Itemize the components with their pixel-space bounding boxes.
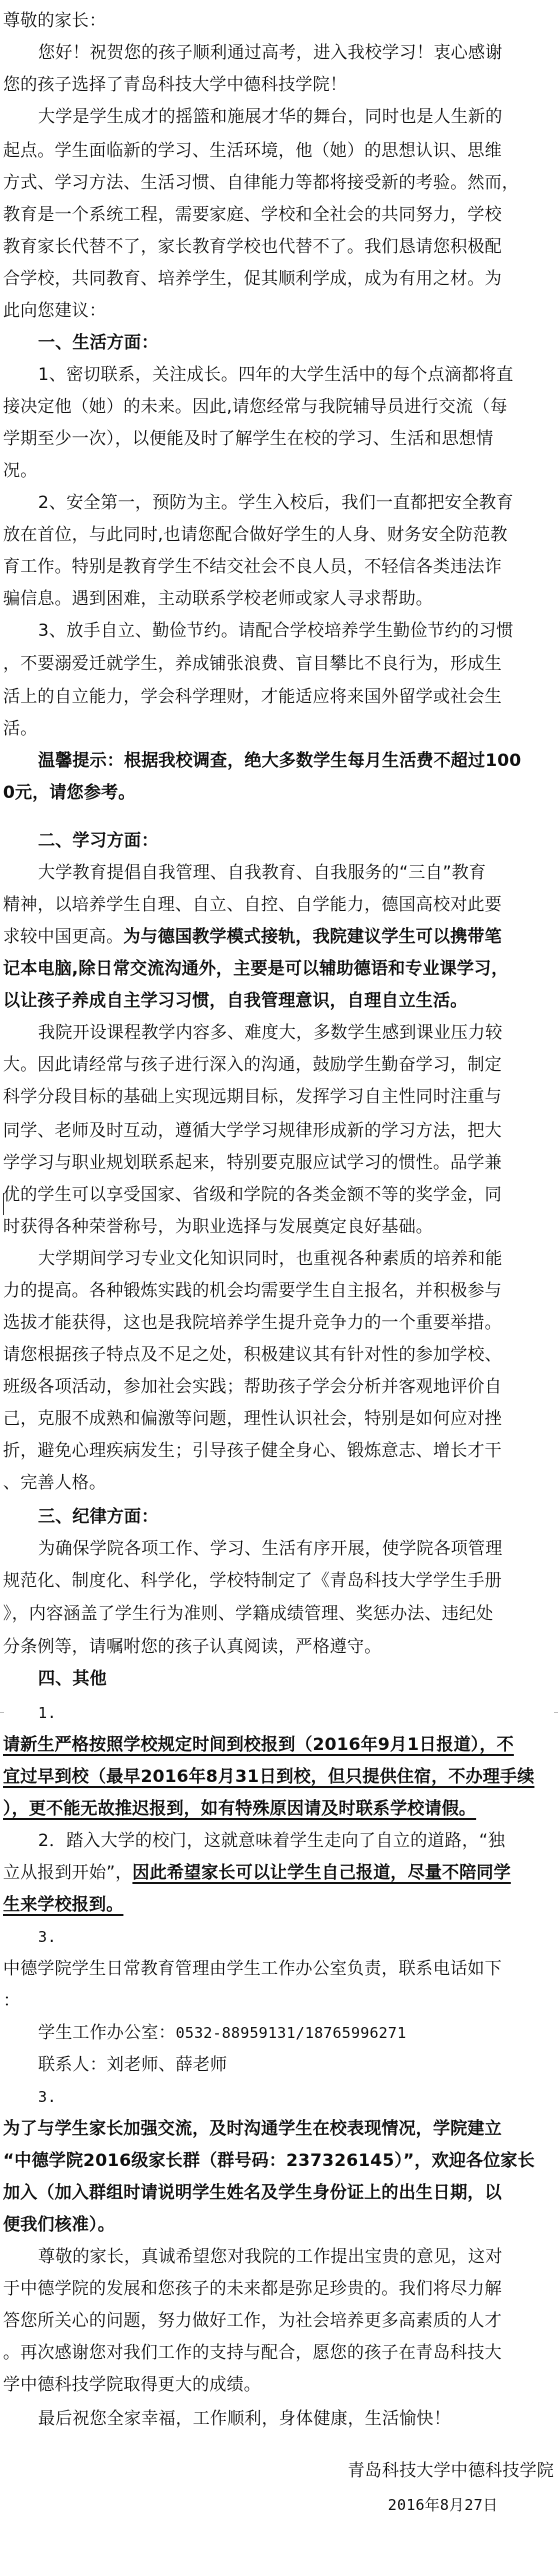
intro-line: 教育家长代替不了，家长教育学校也代替不了。我们恳请您积极配	[3, 236, 502, 258]
closing-para: 学中德科技学院取得更大的成绩。	[3, 2374, 261, 2396]
contact-office-phone: 0532-88959131/18765996271	[176, 2024, 407, 2042]
life-item-3: 3、放手自立、勤俭节约。请配合学校培养学生勤俭节约的习惯	[38, 620, 513, 642]
other-item-1-number: 1.	[38, 1702, 56, 1724]
closing-para: 。再次感谢您对我们工作的支持与配合，愿您的孩子在青岛科技大	[3, 2342, 502, 2364]
other-item-2: 立从报到开始”，因此希望家长可以让学生自己报道，尽量不陪同学	[3, 1862, 511, 1884]
life-item-3: 活。	[3, 718, 37, 740]
registration-notice: 宜过早到校（最早2016年8月31日到校，但只提供住宿，不办理手续	[3, 1766, 534, 1788]
study-para-2: 同学、老师及时互动，遵循大学学习规律形成新的学习方法，把大	[3, 1120, 502, 1142]
other-item-2: 2．踏入大学的校门，这就意味着学生走向了自立的道路，“独	[38, 1830, 505, 1852]
greeting: 尊敬的家长：	[3, 10, 106, 32]
life-item-2: 放在首位，与此同时,也请您配合做好学生的人身、财务安全防范教	[3, 524, 507, 546]
contact-office: 学生工作办公室：0532-88959131/18765996271	[38, 2022, 406, 2044]
intro-line: 合学校，共同教育、培养学生，促其顺利学成，成为有用之材。为	[3, 268, 502, 290]
closing-para: 于中德学院的发展和您孩子的未来都是弥足珍贵的。我们将尽力解	[3, 2278, 502, 2300]
intro-line: 此向您建议：	[3, 300, 106, 322]
closing-wishes: 最后祝您全家幸福，工作顺利，身体健康，生活愉快！	[38, 2408, 451, 2430]
study-para-2: 学学习与职业规划联系起来，特别要克服应试学习的惯性。品学兼	[3, 1152, 502, 1174]
closing-para: 尊敬的家长，真诚希望您对我院的工作提出宝贵的意见，这对	[38, 2246, 502, 2268]
life-item-3: 活上的自立能力，学会科学理财，才能适应将来国外留学或社会生	[3, 686, 502, 708]
life-item-1: 1、密切联系，关注成长。四年的大学生活中的每个点滴都将直	[38, 364, 513, 386]
laptop-advice: 为与德国教学模式接轨，我院建议学生可以携带笔	[123, 927, 501, 947]
page-edge-mark	[554, 1712, 558, 1713]
parent-group-notice: 为了与学生家长加强交流，及时沟通学生在校表现情况，学院建立	[3, 2118, 502, 2140]
intro-line: 您好！祝贺您的孩子顺利通过高考，进入我校学习！衷心感谢	[38, 42, 502, 64]
study-para-1: 精神，以培养学生自理、自立、自控、自学能力，德国高校对此要	[3, 894, 502, 916]
study-para-2: 科学分段目标的基础上实现远期目标，发挥学习自主性同时注重与	[3, 1086, 502, 1108]
self-registration-advice: 生来学校报到。	[3, 1894, 123, 1916]
study-para-3: 、完善人格。	[3, 1472, 106, 1494]
discipline-para: 规范化、制度化、科学化，学校特制定了《青岛科技大学学生手册	[3, 1570, 502, 1592]
page-edge-mark	[0, 1712, 4, 1713]
life-item-2: 骗信息。遇到困难，主动联系学校老师或家人寻求帮助。	[3, 588, 433, 610]
life-item-1: 况。	[3, 460, 37, 482]
intro-line: 起点。学生面临新的学习、生活环境，他（她）的思想认识、思维	[3, 140, 502, 162]
signature-date: 2016年8月27日	[388, 2494, 498, 2516]
study-para-3: 折，避免心理疾病发生；引导孩子健全身心、锻炼意志、增长才干	[3, 1440, 502, 1462]
study-para-3: 选拔才能获得，这也是我院培养学生提升竞争力的一个重要举措。	[3, 1312, 502, 1334]
discipline-para: 》，内容涵盖了学生行为准则、学籍成绩管理、奖惩办法、违纪处	[3, 1603, 493, 1625]
parent-group-notice: 便我们核准）。	[3, 2214, 115, 2236]
discipline-para: 为确保学院各项工作、学习、生活有序开展，使学院各项管理	[38, 1538, 502, 1560]
intro-line: 大学是学生成才的摇篮和施展才华的舞台，同时也是人生新的	[38, 106, 502, 128]
parent-group-notice: 加入（加入群组时请说明学生姓名及学生身份证上的出生日期，以	[3, 2182, 502, 2204]
registration-notice: 请新生严格按照学校规定时间到校报到（2016年9月1日报道），不	[3, 1734, 514, 1756]
contact-office-label: 学生工作办公室：	[38, 2023, 176, 2043]
study-para-2: 大。因此请经常与孩子进行深入的沟通，鼓励学生勤奋学习，制定	[3, 1054, 502, 1076]
intro-line: 教育是一个系统工程，需要家庭、学校和全社会的共同努力，学校	[3, 204, 502, 226]
study-para-2: 优的学生可以享受国家、省级和学院的各类金额不等的奖学金，同	[3, 1184, 502, 1206]
study-para-1-plain: 求较中国更高。	[3, 927, 123, 947]
self-registration-advice: 因此希望家长可以让学生自己报道，尽量不陪同学	[132, 1863, 510, 1883]
section-heading-other: 四、其他	[38, 1668, 107, 1690]
life-item-2: 2、安全第一，预防为主。学生入校后，我们一直都把安全教育	[38, 492, 513, 514]
section-heading-life: 一、生活方面：	[38, 332, 158, 354]
intro-line: 您的孩子选择了青岛科技大学中德科技学院！	[3, 74, 347, 96]
study-para-3: 班级各项活动，参加社会实践；帮助孩子学会分析并客观地评价自	[3, 1376, 502, 1398]
discipline-para: 分条例等，请嘱咐您的孩子认真阅读，严格遵守。	[3, 1636, 381, 1658]
study-para-1: 大学教育提倡自我管理、自我教育、自我服务的“三自”教育	[38, 862, 486, 884]
study-para-3: 己，克服不成熟和偏激等问题，理性认识社会，特别是如何应对挫	[3, 1408, 502, 1430]
intro-line: 方式、学习方法、生活习惯、自律能力等都将接受新的考验。然而，	[3, 172, 519, 194]
other-item-4-number: 3.	[38, 2086, 56, 2108]
section-heading-discipline: 三、纪律方面：	[38, 1506, 158, 1528]
laptop-advice: 记本电脑,除日常交流沟通外，主要是可以辅助德语和专业课学习，	[3, 958, 508, 980]
study-para-1: 求较中国更高。为与德国教学模式接轨，我院建议学生可以携带笔	[3, 926, 502, 948]
life-item-2: 育工作。特别是教育学生不结交社会不良人员，不轻信各类违法诈	[3, 556, 502, 578]
contact-person: 联系人：刘老师、薛老师	[38, 2054, 227, 2076]
living-cost-tip: 0元，请您参考。	[3, 782, 135, 804]
study-para-3: 力的提高。各种锻炼实践的机会均需要学生自主报名，并积极参与	[3, 1280, 502, 1302]
other-item-2-plain: 立从报到开始”，	[3, 1863, 132, 1883]
life-item-1: 学期至少一次），以便能及时了解学生在校的学习、生活和思想情	[3, 428, 493, 450]
registration-notice: ），更不能无故推迟报到，如有特殊原因请及时联系学校请假。	[3, 1798, 476, 1820]
study-para-3: 大学期间学习专业文化知识同时，也重视各种素质的培养和能	[38, 1248, 502, 1270]
section-heading-study: 二、学习方面：	[38, 830, 158, 852]
study-para-3: 请您根据孩子特点及不足之处，积极建议其有针对性的参加学校、	[3, 1344, 502, 1366]
life-item-1: 接决定他（她）的未来。因此,请您经常与我院辅导员进行交流（每	[3, 396, 507, 418]
study-para-2: 我院开设课程教学内容多、难度大，多数学生感到课业压力较	[38, 1022, 502, 1044]
closing-para: 答您所关心的问题，努力做好工作，为社会培养更多高素质的人才	[3, 2310, 502, 2332]
laptop-advice: 以让孩子养成自主学习习惯，自我管理意识，自理自立生活。	[3, 990, 467, 1012]
other-item-3: 中德学院学生日常教育管理由学生工作办公室负责，联系电话如下	[3, 1958, 502, 1980]
study-para-2: 时获得各种荣誉称号，为职业选择与发展奠定良好基础。	[3, 1216, 433, 1238]
other-item-3-number: 3.	[38, 1926, 56, 1948]
signature-institution: 青岛科技大学中德科技学院	[348, 2460, 554, 2482]
living-cost-tip: 温馨提示：根据我校调查，绝大多数学生每月生活费不超过100	[38, 750, 521, 772]
parent-group-notice: “中德学院2016级家长群（群号码：237326145）”，欢迎各位家长	[3, 2150, 535, 2172]
life-item-3: ，不要溺爱迁就学生，养成铺张浪费、盲目攀比不良行为，形成生	[3, 653, 502, 675]
other-item-3: ：	[3, 1990, 20, 2012]
